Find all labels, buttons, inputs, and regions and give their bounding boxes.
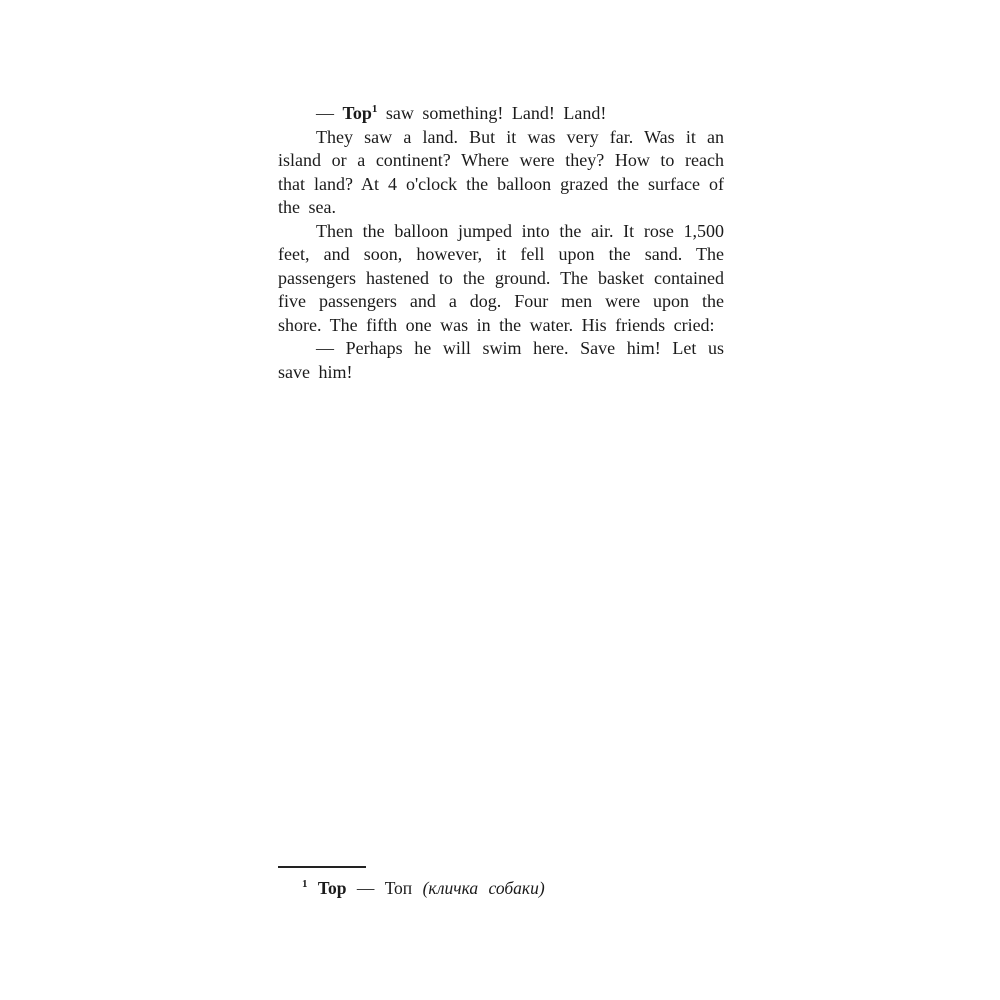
footnote-translation: Топ (385, 878, 413, 898)
footnote-text: 1 Top — Топ (кличка собаки) (278, 877, 724, 899)
dialogue-rest: saw something! Land! Land! (377, 103, 606, 123)
footnote-block: 1 Top — Топ (кличка собаки) (278, 866, 724, 899)
paragraph-dialogue-save-him: — Perhaps he will swim here. Save him! L… (278, 337, 724, 384)
footnote-term: Top (318, 878, 347, 898)
footnote-gloss: (кличка собаки) (423, 878, 545, 898)
dialogue-dash: — (316, 103, 343, 123)
footnote-dash: — (357, 878, 375, 898)
dog-name-bold: Top (343, 103, 372, 123)
paragraph-they-saw-land: They saw a land. But it was very far. Wa… (278, 126, 724, 220)
paragraph-dialogue-top: — Top1 saw something! Land! Land! (278, 102, 724, 126)
story-text-block: — Top1 saw something! Land! Land! They s… (278, 102, 724, 384)
footnote-rule (278, 866, 366, 868)
book-page: — Top1 saw something! Land! Land! They s… (0, 0, 1000, 1000)
footnote-marker: 1 (302, 878, 308, 890)
paragraph-balloon-jumped: Then the balloon jumped into the air. It… (278, 220, 724, 338)
